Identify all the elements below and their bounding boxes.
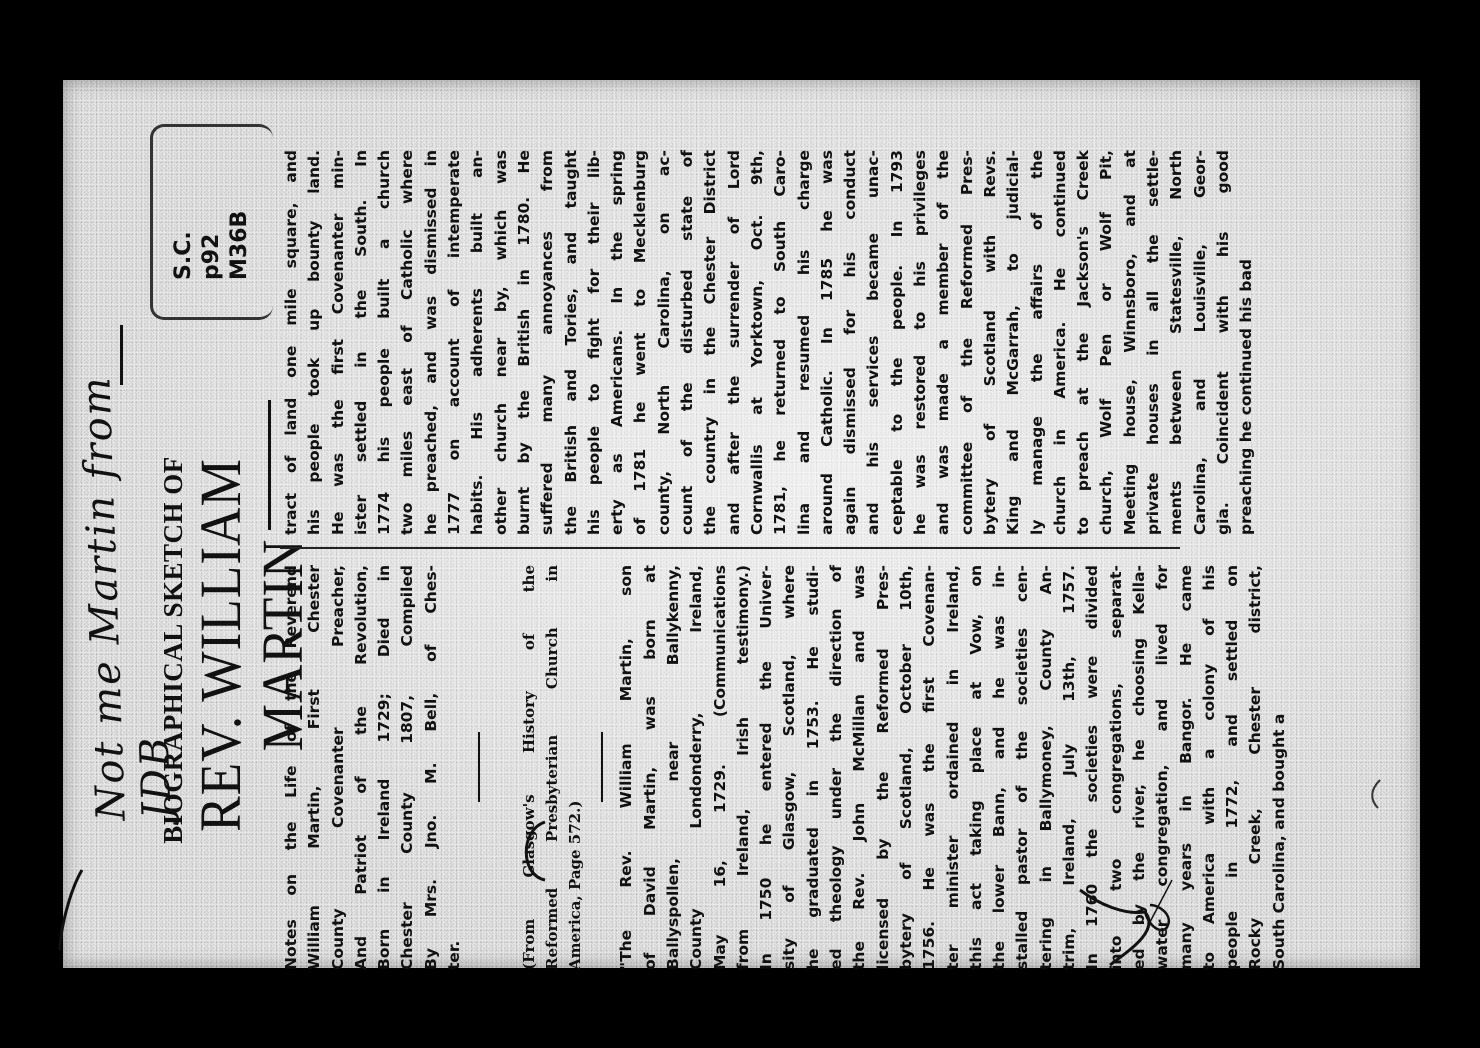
text-line: he graduated in 1753. He studi- (802, 565, 825, 970)
article-kicker: BIOGRAPHICAL SKETCH OF (158, 330, 189, 970)
text-line: In 1760 the societies were divided (1081, 565, 1104, 970)
text-line: private houses in all the settle- (1142, 150, 1165, 535)
text-line: May 16, 1729. (Communications (709, 565, 732, 970)
right-column: tract of land one mile square, andhis pe… (280, 150, 1258, 535)
column-divider (280, 547, 1180, 549)
section-rule (601, 733, 603, 803)
text-line: and after the surrender of Lord (723, 150, 746, 535)
text-line: people in 1772, and settled on (1221, 565, 1244, 970)
text-line: burnt by the British in 1780. He (513, 150, 536, 535)
text-line: 1777 on account of intemperate (443, 150, 466, 535)
text-line: 1756. He was the first Covenan- (918, 565, 941, 970)
text-line: lina and resumed his charge (793, 150, 816, 535)
text-line: trim, Ireland, July 13th, 1757. (1058, 565, 1081, 970)
left-column: Notes on the Life of the ReverendWilliam… (280, 565, 1291, 970)
text-line: William Martin, First Chester (303, 565, 326, 970)
rotated-article: Not me Martin from JDB S.C. p92 M36B BIO… (140, 130, 1280, 970)
text-line: 1774 his people built a church (373, 150, 396, 535)
text-line: America, Page 572.) (564, 565, 587, 970)
text-line: Reformed Presbyterian Church in (541, 565, 564, 970)
text-line: Meeting house, Winnsboro, and at (1119, 150, 1142, 535)
text-line: (From Glasgow's History of the (518, 565, 541, 970)
text-line: this act taking place at Vow, on (965, 565, 988, 970)
text-line: committee of the Reformed Pres- (956, 150, 979, 535)
text-line: sity of Glasgow, Scotland, where (778, 565, 801, 970)
text-line: ter minister ordained in Ireland, (942, 565, 965, 970)
text-line: Cornwallis at Yorktown, Oct. 9th, (746, 150, 769, 535)
text-line: ceptable to the people. In 1793 (886, 150, 909, 535)
call-number-line: S.C. (170, 160, 198, 280)
text-line: around Catholic. In 1785 he was (816, 150, 839, 535)
headline-rule (268, 400, 271, 530)
source-credit: (From Glasgow's History of theReformed P… (518, 565, 587, 970)
text-line: suffered many annoyances from (536, 150, 559, 535)
text-line: Born in Ireland 1729; Died in (373, 565, 396, 970)
text-line: count of the disturbed state of (676, 150, 699, 535)
text-line: In 1750 he entered the Univer- (755, 565, 778, 970)
text-line: to America with a colony of his (1198, 565, 1221, 970)
text-line: And Patriot of the Revolution, (350, 565, 373, 970)
text-line: Carolina, and Louisville, Geor- (1189, 150, 1212, 535)
text-line: the country in the Chester District (699, 150, 722, 535)
text-line: habits. His adherents built an- (466, 150, 489, 535)
text-line: County Covenanter Preacher, (327, 565, 350, 970)
text-line: county, North Carolina, on ac- (653, 150, 676, 535)
text-line: ed by the river, he choosing Kella- (1128, 565, 1151, 970)
right-body-text: tract of land one mile square, andhis pe… (280, 150, 1258, 535)
text-line: licensed by the Reformed Pres- (872, 565, 895, 970)
text-line: gia. Coincident with his good (1212, 150, 1235, 535)
text-line: church, Wolf Pen or Wolf Pit, (1095, 150, 1118, 535)
text-line: of David Martin, was born at (639, 565, 662, 970)
text-line: church in America. He continued (1049, 150, 1072, 535)
text-line: erty as Americans. In the spring (606, 150, 629, 535)
text-line: into two congregations, separat- (1105, 565, 1128, 970)
section-rule (478, 733, 480, 803)
text-line: again dismissed for his conduct (839, 150, 862, 535)
text-line: of 1781 he went to Mecklenburg (629, 150, 652, 535)
text-line: other church near by, which was (490, 150, 513, 535)
text-line: his people took up bounty land. (303, 150, 326, 535)
text-line: to preach at the Jackson's Creek (1072, 150, 1095, 535)
text-line: bytery of Scotland, October 10th, (895, 565, 918, 970)
text-line: Chester County 1807, Compiled (396, 565, 419, 970)
article-intro: Notes on the Life of the ReverendWilliam… (280, 565, 466, 970)
text-line: bytery of Scotland with Revs. (979, 150, 1002, 535)
text-line: the lower Bann, and he was in- (988, 565, 1011, 970)
handwritten-underline (120, 325, 123, 385)
text-line: stalled pastor of the societies cen- (1011, 565, 1034, 970)
text-line: "The Rev. William Martin, son (615, 565, 638, 970)
text-line: his people to fight for their lib- (583, 150, 606, 535)
text-line: By Mrs. Jno. M. Bell, of Ches- (420, 565, 443, 970)
text-line: water congregation, and lived for (1151, 565, 1174, 970)
text-line: from Ireland, Irish testimony.) (732, 565, 755, 970)
text-line: the Rev. John McMillan and was (848, 565, 871, 970)
text-line: ed theology under the direction of (825, 565, 848, 970)
left-body-text: "The Rev. William Martin, sonof David Ma… (615, 565, 1291, 970)
text-line: the British and Tories, and taught (560, 150, 583, 535)
text-line: many years in Bangor. He came (1175, 565, 1198, 970)
call-number-line: p92 (198, 160, 226, 280)
text-line: he preached, and was dismissed in (420, 150, 443, 535)
text-line: tract of land one mile square, and (280, 150, 303, 535)
text-line: Notes on the Life of the Reverend (280, 565, 303, 970)
text-line: ments between Statesville, North (1165, 150, 1188, 535)
text-line: He was the first Covenanter min- (327, 150, 350, 535)
call-number: S.C. p92 M36B (170, 160, 254, 280)
text-line: Ballyspollen, near Ballykenny, (662, 565, 685, 970)
call-number-line: M36B (226, 160, 254, 280)
text-line: South Carolina, and bought a (1268, 565, 1291, 970)
text-line: ly manage the affairs of the (1026, 150, 1049, 535)
text-line: and his services became unac- (862, 150, 885, 535)
text-line: he was restored to his privileges (909, 150, 932, 535)
text-line: two miles east of Catholic where (396, 150, 419, 535)
text-line: King and McGarrah, to judicial- (1002, 150, 1025, 535)
text-line: County Londonderry, Ireland, (685, 565, 708, 970)
text-line: Rocky Creek, Chester district, (1244, 565, 1267, 970)
text-line: preaching he continued his bad (1235, 150, 1258, 535)
text-line: 1781, he returned to South Caro- (769, 150, 792, 535)
text-line: ter. (443, 565, 466, 970)
text-line: tering in Ballymoney, County An- (1035, 565, 1058, 970)
text-line: and was made a member of the (932, 150, 955, 535)
text-line: ister settled in the South. In (350, 150, 373, 535)
